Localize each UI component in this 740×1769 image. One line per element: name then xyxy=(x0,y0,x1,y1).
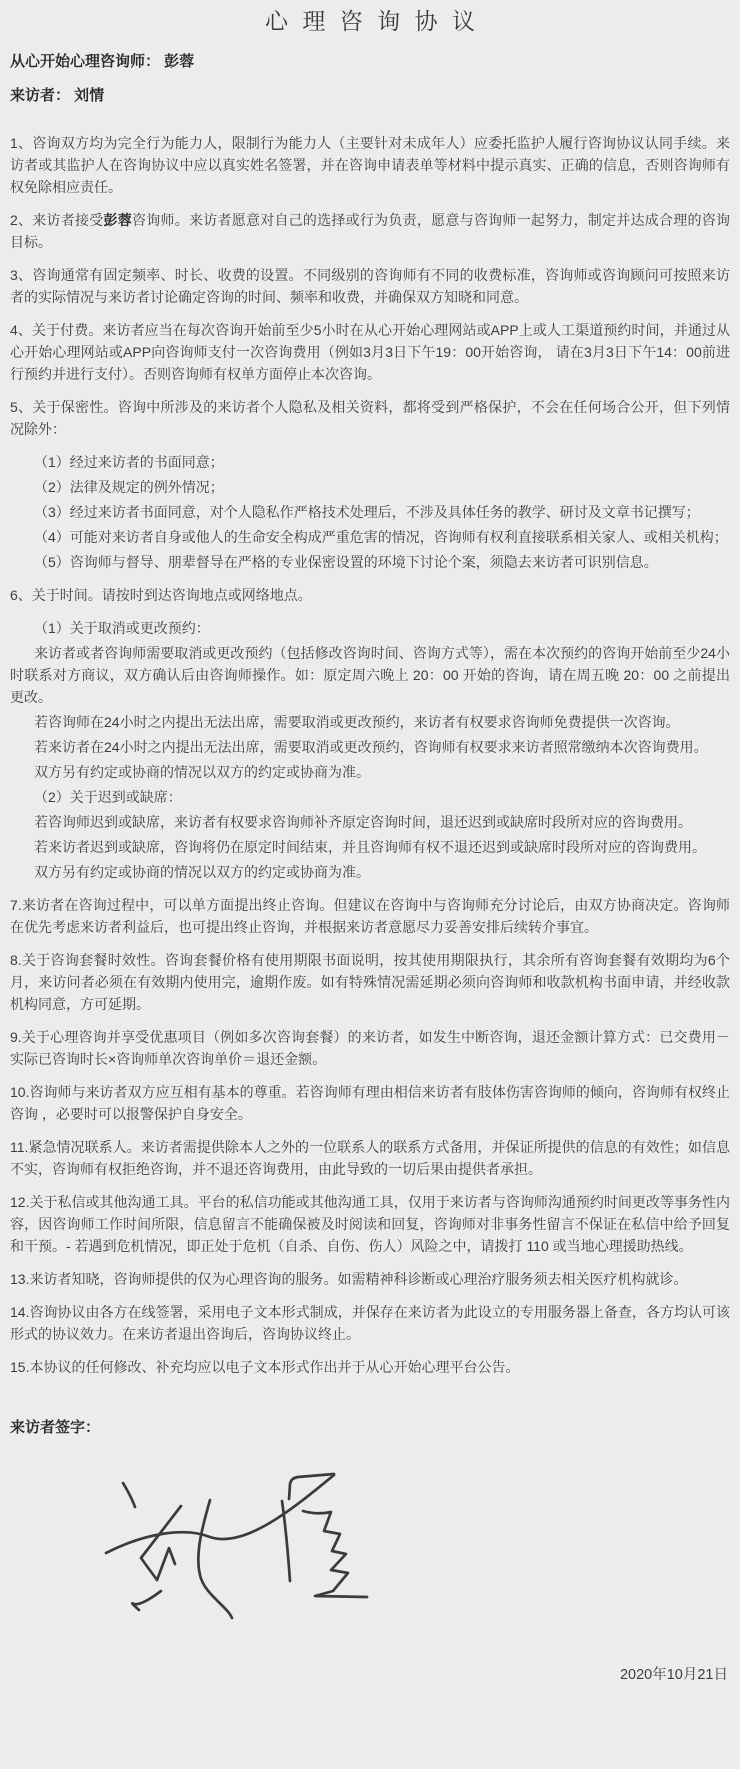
clause-6-sub2-title: （2）关于迟到或缺席： xyxy=(10,786,730,808)
clause-6-sub1-para-2: 若咨询师在24小时之内提出无法出席，需要取消或更改预约，来访者有权要求咨询师免费… xyxy=(10,711,730,733)
clause-3: 3、咨询通常有固定频率、时长、收费的设置。不同级别的咨询师有不同的收费标准，咨询… xyxy=(10,264,730,308)
handwritten-signature xyxy=(10,1455,730,1655)
signature-ink-drawing xyxy=(10,1455,730,1655)
clause-5-item-1: （1）经过来访者的书面同意； xyxy=(10,451,730,473)
clause-14: 14.咨询协议由各方在线签署，采用电子文本形式制成，并保存在来访者为此设立的专用… xyxy=(10,1301,730,1345)
clause-13: 13.来访者知晓，咨询师提供的仅为心理咨询的服务。如需精神科诊断或心理治疗服务须… xyxy=(10,1268,730,1290)
clause-7: 7.来访者在咨询过程中，可以单方面提出终止咨询。但建议在咨询中与咨询师充分讨论后… xyxy=(10,894,730,938)
clause-6-sub2-para-3: 双方另有约定或协商的情况以双方的约定或协商为准。 xyxy=(10,861,730,883)
clause-9: 9.关于心理咨询并享受优惠项目（例如多次咨询套餐）的来访者，如发生中断咨询，退还… xyxy=(10,1026,730,1070)
signature-label: 来访者签字： xyxy=(10,1416,730,1437)
clause-10: 10.咨询师与来访者双方应互相有基本的尊重。若咨询师有理由相信来访者有肢体伤害咨… xyxy=(10,1081,730,1125)
clause-6-sub1-title: （1）关于取消或更改预约： xyxy=(10,617,730,639)
counselor-name: 彭蓉 xyxy=(104,212,133,228)
clause-15: 15.本协议的任何修改、补充均应以电子文本形式作出并于从心开始心理平台公告。 xyxy=(10,1356,730,1378)
clause-4: 4、关于付费。来访者应当在每次咨询开始前至少5小时在从心开始心理网站或APP上或… xyxy=(10,319,730,385)
clause-5-item-2: （2）法律及规定的例外情况； xyxy=(10,476,730,498)
clause-5-item-4: （4）可能对来访者自身或他人的生命安全构成严重危害的情况，咨询师有权利直接联系相… xyxy=(10,526,730,548)
clause-5-intro: 5、关于保密性。咨询中所涉及的来访者个人隐私及相关资料，都将受到严格保护，不会在… xyxy=(10,396,730,440)
clause-6-sub1-para-1: 来访者或者咨询师需要取消或更改预约（包括修改咨询时间、咨询方式等），需在本次预约… xyxy=(10,642,730,708)
clause-1: 1、咨询双方均为完全行为能力人，限制行为能力人（主要针对未成年人）应委托监护人履… xyxy=(10,132,730,198)
document-title: 心 理 咨 询 协 议 xyxy=(10,8,730,34)
signature-date: 2020年10月21日 xyxy=(10,1663,728,1684)
clause-5-item-5: （5）咨询师与督导、朋辈督导在严格的专业保密设置的环境下讨论个案，须隐去来访者可… xyxy=(10,551,730,573)
clause-2-prefix: 2、来访者接受 xyxy=(10,212,104,228)
clause-8: 8.关于咨询套餐时效性。咨询套餐价格有使用期限书面说明，按其使用期限执行，其余所… xyxy=(10,949,730,1015)
clause-11: 11.紧急情况联系人。来访者需提供除本人之外的一位联系人的联系方式备用，并保证所… xyxy=(10,1136,730,1180)
clause-6-sub1-para-4: 双方另有约定或协商的情况以双方的约定或协商为准。 xyxy=(10,761,730,783)
clause-12: 12.关于私信或其他沟通工具。平台的私信功能或其他沟通工具，仅用于来访者与咨询师… xyxy=(10,1191,730,1257)
visitor-line: 来访者： 刘情 xyxy=(10,86,730,106)
clause-5-item-3: （3）经过来访者书面同意，对个人隐私作严格技术处理后，不涉及具体任务的教学、研讨… xyxy=(10,501,730,523)
clause-2: 2、来访者接受彭蓉咨询师。来访者愿意对自己的选择或行为负责，愿意与咨询师一起努力… xyxy=(10,209,730,253)
counselor-line: 从心开始心理咨询师： 彭蓉 xyxy=(10,52,730,72)
clause-6-sub2-para-1: 若咨询师迟到或缺席，来访者有权要求咨询师补齐原定咨询时间，退还迟到或缺席时段所对… xyxy=(10,811,730,833)
clause-6-intro: 6、关于时间。请按时到达咨询地点或网络地点。 xyxy=(10,584,730,606)
clause-6-sub2-para-2: 若来访者迟到或缺席，咨询将仍在原定时间结束，并且咨询师有权不退还迟到或缺席时段所… xyxy=(10,836,730,858)
agreement-document: 心 理 咨 询 协 议 从心开始心理咨询师： 彭蓉 来访者： 刘情 1、咨询双方… xyxy=(0,0,740,1769)
clause-6-sub1-para-3: 若来访者在24小时之内提出无法出席，需要取消或更改预约，咨询师有权要求来访者照常… xyxy=(10,736,730,758)
